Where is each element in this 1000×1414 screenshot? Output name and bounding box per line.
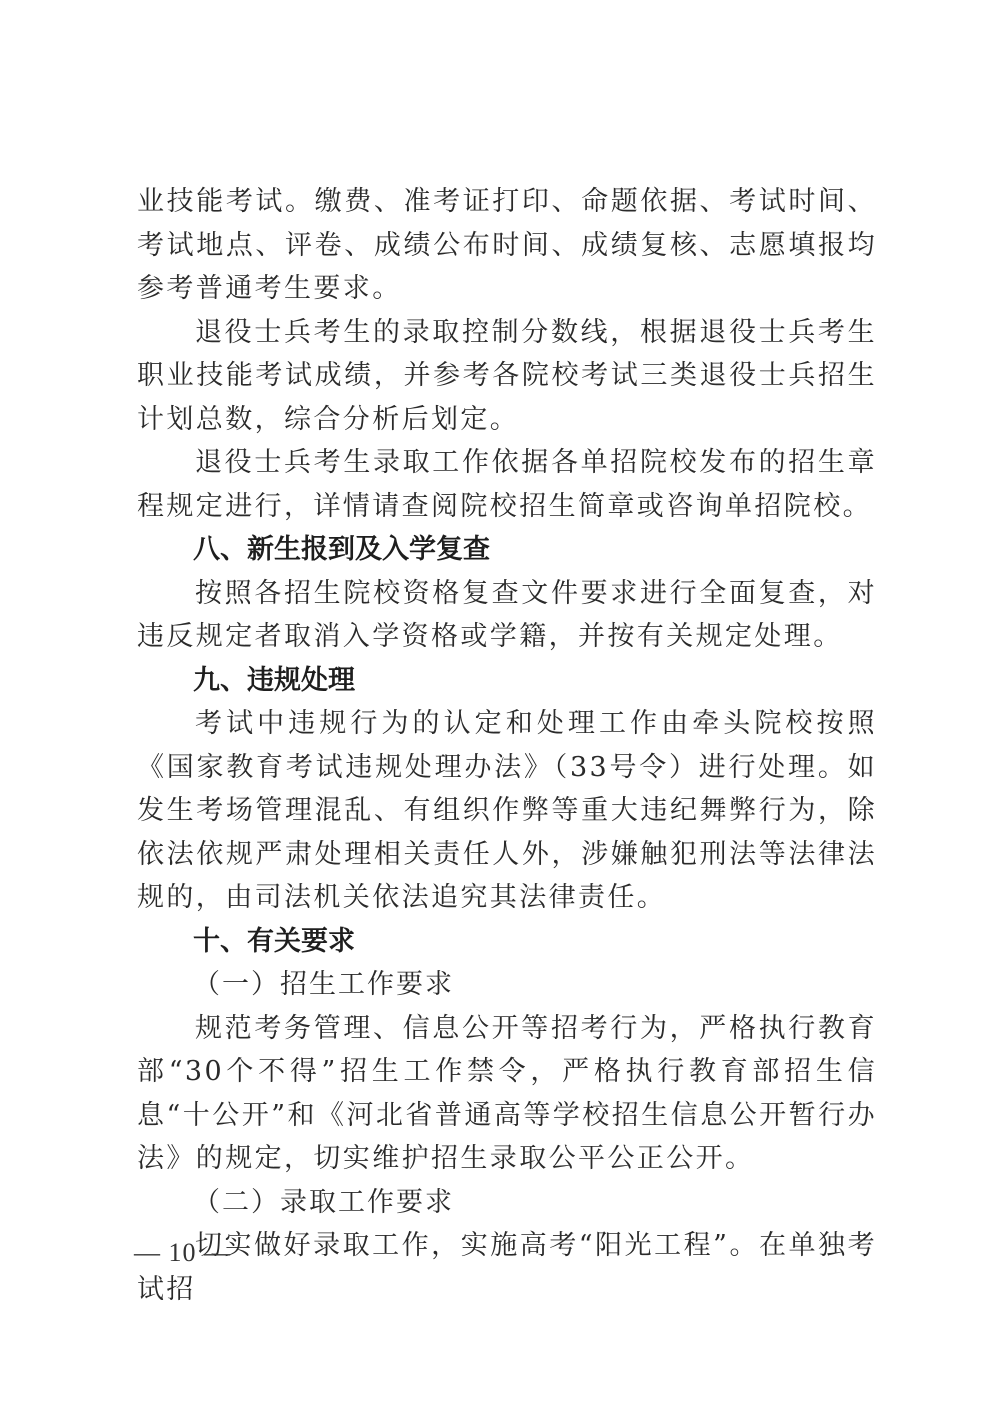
subheading-enrollment-work: （一）招生工作要求 [137, 963, 877, 1007]
section-heading-requirements: 十、有关要求 [137, 920, 877, 964]
paragraph-admission-cutoff: 退役士兵考生的录取控制分数线，根据退役士兵考生职业技能考试成绩，并参考各院校考试… [137, 311, 877, 442]
paragraph-enrollment-review: 按照各招生院校资格复查文件要求进行全面复查，对违反规定者取消入学资格或学籍，并按… [137, 572, 877, 659]
page-number: — 10 — [134, 1238, 231, 1268]
section-heading-violations: 九、违规处理 [137, 659, 877, 703]
subheading-admission-work: （二）录取工作要求 [137, 1181, 877, 1225]
paragraph-exam-requirements: 业技能考试。缴费、准考证打印、命题依据、考试时间、考试地点、评卷、成绩公布时间、… [137, 180, 877, 311]
document-page: 业技能考试。缴费、准考证打印、命题依据、考试时间、考试地点、评卷、成绩公布时间、… [137, 180, 877, 1311]
paragraph-enrollment-work: 规范考务管理、信息公开等招考行为，严格执行教育部“30个不得”招生工作禁令，严格… [137, 1007, 877, 1181]
paragraph-admission-basis: 退役士兵考生录取工作依据各单招院校发布的招生章程规定进行，详情请查阅院校招生简章… [137, 441, 877, 528]
paragraph-admission-work: 切实做好录取工作，实施高考“阳光工程”。在单独考试招 [137, 1224, 877, 1311]
section-heading-enrollment-review: 八、新生报到及入学复查 [137, 528, 877, 572]
paragraph-violations: 考试中违规行为的认定和处理工作由牵头院校按照《国家教育考试违规处理办法》（33号… [137, 702, 877, 920]
